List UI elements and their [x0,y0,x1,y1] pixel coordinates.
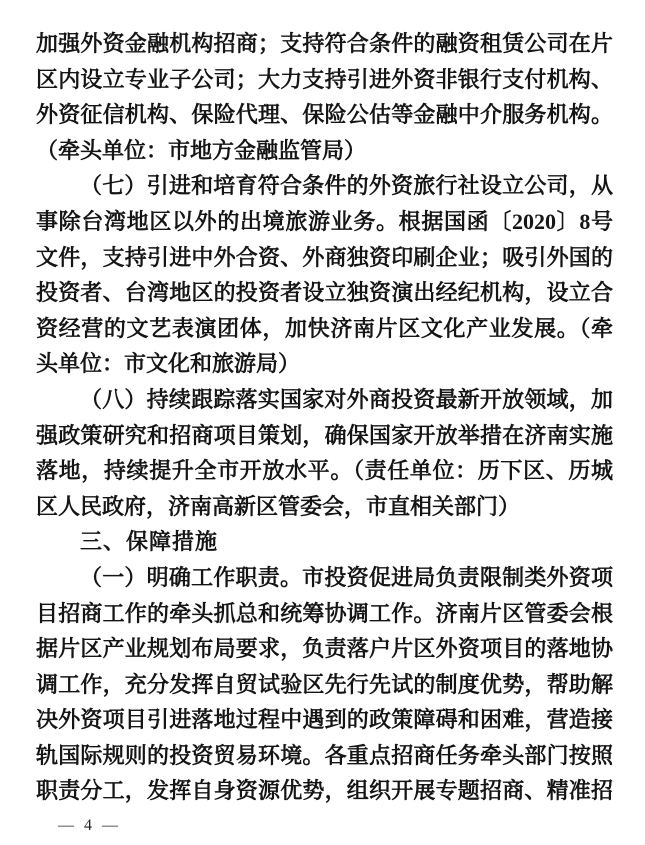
text-line: （八）持续跟踪落实国家对外商投资最新开放领域，加 [36,382,613,418]
text-line: 投资者、台湾地区的投资者设立独资演出经纪机构，设立合 [36,275,613,311]
section-heading: 三、保障措施 [80,529,218,554]
body-text: 文件，支持引进中外合资、外商独资印刷企业；吸引外国的 [36,245,613,270]
text-line: 强政策研究和招商项目策划，确保国家开放举措在济南实施 [36,418,613,454]
text-line: （一）明确工作职责。市投资促进局负责限制类外资项 [36,560,613,596]
body-text: 强政策研究和招商项目策划，确保国家开放举措在济南实施 [36,423,613,448]
text-line: （牵头单位：市地方金融监管局） [36,133,613,169]
body-text: 区内设立专业子公司；大力支持引进外资非银行支付机构、 [36,67,613,92]
text-line: 区人民政府，济南高新区管委会，市直相关部门） [36,489,613,525]
body-text: 决外资项目引进落地过程中遇到的政策障碍和困难，营造接 [36,707,613,732]
text-line: 文件，支持引进中外合资、外商独资印刷企业；吸引外国的 [36,240,613,276]
body-text: 外资征信机构、保险代理、保险公估等金融中介服务机构。 [36,102,613,127]
body-text: 据片区产业规划布局要求，负责落户片区外资项目的落地协 [36,636,613,661]
body-text: 职责分工，发挥自身资源优势，组织开展专题招商、精准招 [36,778,613,803]
body-text: 目招商工作的牵头抓总和统筹协调工作。济南片区管委会根 [36,601,613,626]
text-line: 据片区产业规划布局要求，负责落户片区外资项目的落地协 [36,631,613,667]
body-text: 投资者、台湾地区的投资者设立独资演出经纪机构，设立合 [36,280,613,305]
text-line: 调工作，充分发挥自贸试验区先行先试的制度优势，帮助解 [36,667,613,703]
text-line: （七）引进和培育符合条件的外资旅行社设立公司，从 [36,168,613,204]
body-text: 资经营的文艺表演团体，加快济南片区文化产业发展。（牵 [36,316,613,341]
body-text: 轨国际规则的投资贸易环境。各重点招商任务牵头部门按照 [36,743,613,768]
text-line: 决外资项目引进落地过程中遇到的政策障碍和困难，营造接 [36,702,613,738]
body-text: 落地，持续提升全市开放水平。（责任单位：历下区、历城 [36,458,613,483]
text-line: 外资征信机构、保险代理、保险公估等金融中介服务机构。 [36,97,613,133]
text-line: 三、保障措施 [36,524,613,560]
subsection-heading: （一）明确工作职责。 [80,565,302,590]
body-text: 加强外资金融机构招商；支持符合条件的融资租赁公司在片 [36,31,613,56]
text-line: 目招商工作的牵头抓总和统筹协调工作。济南片区管委会根 [36,596,613,632]
body-text: （八）持续跟踪落实国家对外商投资最新开放领域，加 [80,387,613,412]
page-number: — 4 — [58,817,121,835]
body-text: 调工作，充分发挥自贸试验区先行先试的制度优势，帮助解 [36,672,613,697]
document-body: 加强外资金融机构招商；支持符合条件的融资租赁公司在片区内设立专业子公司；大力支持… [36,26,613,809]
body-text: 头单位：市文化和旅游局） [36,351,300,376]
body-text: 事除台湾地区以外的出境旅游业务。根据国函〔2020〕8号 [36,209,613,234]
text-line: 资经营的文艺表演团体，加快济南片区文化产业发展。（牵 [36,311,613,347]
body-text: （七）引进和培育符合条件的外资旅行社设立公司，从 [80,173,613,198]
document-page: 加强外资金融机构招商；支持符合条件的融资租赁公司在片区内设立专业子公司；大力支持… [0,0,645,845]
text-line: 轨国际规则的投资贸易环境。各重点招商任务牵头部门按照 [36,738,613,774]
text-line: 加强外资金融机构招商；支持符合条件的融资租赁公司在片 [36,26,613,62]
body-text: 市投资促进局负责限制类外资项 [302,565,613,590]
text-line: 事除台湾地区以外的出境旅游业务。根据国函〔2020〕8号 [36,204,613,240]
text-line: 落地，持续提升全市开放水平。（责任单位：历下区、历城 [36,453,613,489]
body-text: 区人民政府，济南高新区管委会，市直相关部门） [36,494,520,519]
body-text: （牵头单位：市地方金融监管局） [36,138,366,163]
text-line: 职责分工，发挥自身资源优势，组织开展专题招商、精准招 [36,773,613,809]
text-line: 区内设立专业子公司；大力支持引进外资非银行支付机构、 [36,62,613,98]
text-line: 头单位：市文化和旅游局） [36,346,613,382]
